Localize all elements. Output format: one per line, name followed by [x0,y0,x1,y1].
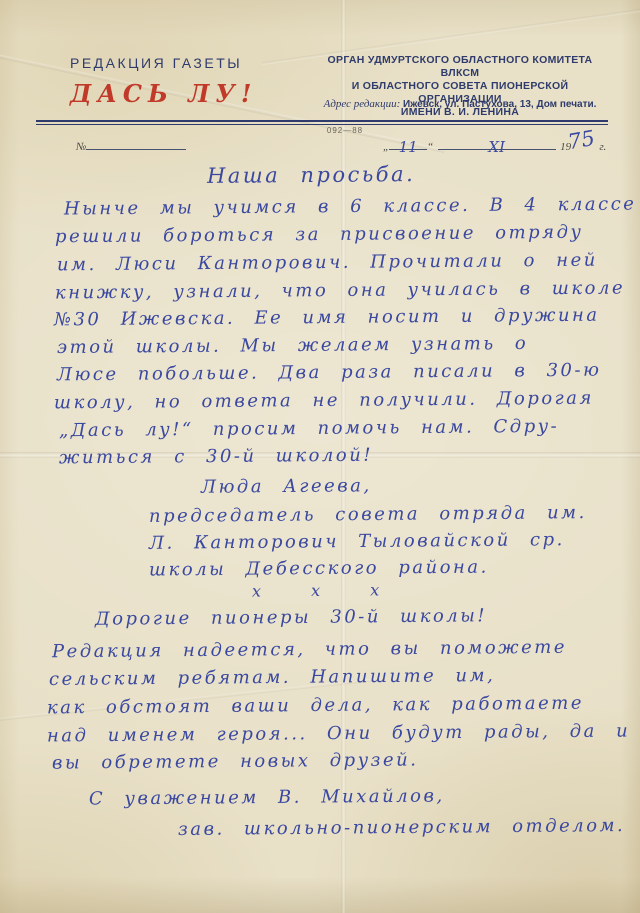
signature-line: Л. Канторович Тыловайской ср. [149,529,565,554]
handwritten-line: Люсе побольше. Два раза писали в 30-ю [57,360,602,386]
signature-line: председатель совета отряда им. [149,502,587,527]
year-suffix: г. [599,141,606,153]
closing-line: зав. школьно-пионерским отделом. [178,815,625,840]
number-blank [86,136,186,150]
handwritten-line: „Дась лу!“ просим помочь нам. Сдру- [59,416,559,441]
letter-title: Наша просьба. [207,162,415,188]
handwritten-day: 11 [399,138,418,156]
address-value: Ижевск, ул. Пастухова, 13, Дом печати. [403,99,596,110]
letterhead-double-rule [36,120,608,125]
handwritten-line: им. Люси Канторович. Прочитали о ней [57,250,598,276]
scanned-letter-page: РЕДАКЦИЯ ГАЗЕТЫ ДАСЬ ЛУ! ОРГАН УДМУРТСКО… [0,0,640,913]
handwritten-line: сельским ребятам. Напишите им, [49,665,495,690]
document-number-line: № [76,136,186,155]
handwritten-line: книжку, узнали, что она училась в школе [55,278,625,304]
number-sign-label: № [76,141,86,153]
date-day-blank: 11 [389,136,427,150]
handwritten-line: вы обретете новых друзей. [52,749,419,773]
date-line: „11“ XI 1975 г. [383,131,606,155]
closing-line: С уважением В. Михайлов, [89,785,445,809]
signature-line: школы Дебесского района. [149,557,489,581]
address-label: Адрес редакции: [324,98,401,110]
handwritten-line: над именем героя... Они будут рады, да и [47,720,630,746]
handwritten-line: решили бороться за присвоение отряду [55,222,584,248]
organization-line: ОРГАН УДМУРТСКОГО ОБЛАСТНОГО КОМИТЕТА ВЛ… [310,54,610,80]
handwritten-month: XI [488,138,505,156]
handwritten-year: 75 [566,126,596,154]
handwritten-line: Редакция надеется, что вы поможете [52,637,567,662]
signature-line: Люда Агеева, [201,475,372,497]
handwritten-line: как обстоят ваши дела, как работаете [47,693,584,719]
handwritten-line: Дорогие пионеры 30-й школы! [95,605,487,629]
editorial-office-label: РЕДАКЦИЯ ГАЗЕТЫ [70,55,242,71]
date-close-quote: “ [427,141,433,153]
newspaper-masthead: ДАСЬ ЛУ! [70,79,257,108]
editorial-address: Адрес редакции: Ижевск, ул. Пастухова, 1… [310,98,610,110]
handwritten-line: №30 Ижевска. Ее имя носит и дружина [54,305,600,331]
date-month-blank: XI [438,136,556,150]
handwritten-line: школу, но ответа не получили. Дорогая [54,388,594,414]
section-separator: x x x [252,580,382,600]
handwritten-line: этой школы. Мы желаем узнать о [57,333,528,358]
handwritten-line: житься с 30-й школой! [59,445,373,469]
handwritten-line: Нынче мы учимся в 6 классе. В 4 классе [64,194,637,220]
